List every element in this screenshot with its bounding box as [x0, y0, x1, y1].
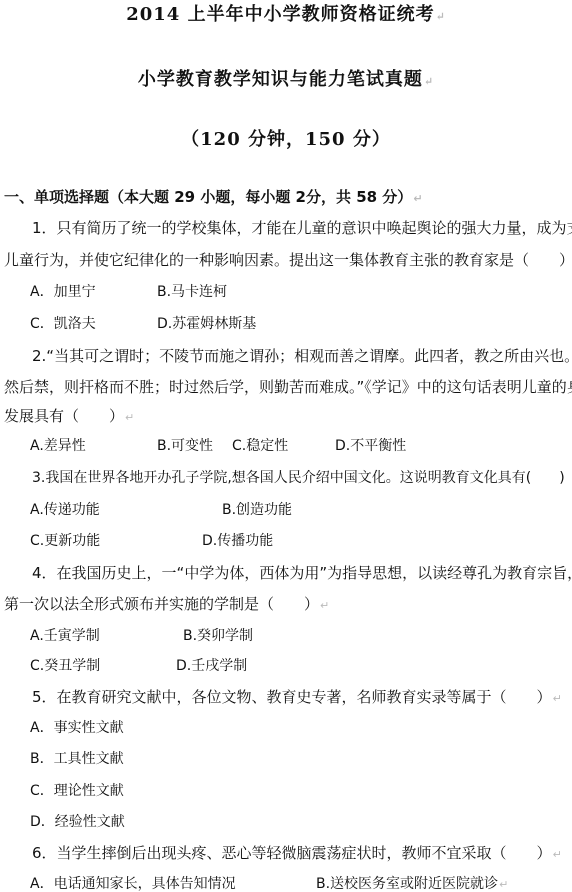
question-2-option-a: A.差异性	[30, 436, 86, 456]
question-2-option-d: D.不平衡性	[335, 436, 406, 456]
question-4-option-c: C.癸丑学制	[30, 656, 100, 676]
question-6-option-b: B.送校医务室或附近医院就诊↵	[316, 874, 508, 892]
question-6-line-1: 6．当学生摔倒后出现头疼、恶心等轻微脑震荡症状时，教师不宜采取（ ）↵	[32, 843, 562, 865]
question-3-option-b: B.创造功能	[222, 500, 292, 520]
question-1-line-2: 儿童行为，并使它纪律化的一种影响因素。提出这一集体教育主张的教育家是（ ）↵	[4, 250, 572, 272]
question-1-option-b: B.马卡连柯	[157, 282, 227, 302]
question-4-line-2: 第一次以法全形式颁布并实施的学制是（ ）↵	[4, 594, 329, 616]
question-5-option-b: B．工具性文献	[30, 749, 124, 769]
question-3-option-d: D.传播功能	[202, 531, 273, 551]
question-2-line-2: 然后禁，则扞格而不胜；时过然后学，则勤苦而难成。”《学记》中的这句话表明儿童的身…	[4, 377, 572, 397]
exam-subtitle: 小学教育教学知识与能力笔试真题↵	[0, 70, 572, 92]
question-4-option-d: D.壬戌学制	[176, 656, 247, 676]
question-1-option-c: C．凯洛夫	[30, 314, 96, 334]
question-2-line-1: 2.“当其可之谓时；不陵节而施之谓孙；相观而善之谓摩。此四者，教之所由兴也。发	[32, 346, 572, 366]
section-heading: 一、单项选择题（本大题 29 小题，每小题 2分，共 58 分）↵	[4, 187, 423, 209]
question-4-option-a: A.壬寅学制	[30, 626, 100, 646]
question-6-option-a: A．电话通知家长，具体告知情况	[30, 874, 236, 892]
question-2-option-b: B.可变性	[157, 436, 213, 456]
question-2-line-3: 发展具有（ ）↵	[4, 406, 134, 428]
question-3-option-c: C.更新功能	[30, 531, 100, 551]
question-4-line-1: 4．在我国历史上，一“中学为体，西体为用”为指导思想，以读经尊孔为教育宗旨，	[32, 563, 572, 583]
question-2-option-c: C.稳定性	[232, 436, 288, 456]
question-5-option-c: C．理论性文献	[30, 781, 124, 801]
question-1-option-a: A．加里宁	[30, 282, 96, 302]
question-5-option-d: D．经验性文献	[30, 812, 125, 832]
exam-title: 2014 上半年中小学教师资格证统考↵	[0, 5, 572, 27]
question-4-option-b: B.癸卯学制	[183, 626, 253, 646]
question-5-line-1: 5．在教育研究文献中，各位文物、教育史专著，名师教育实录等属于（ ）↵	[32, 687, 562, 709]
question-3-line-1: 3.我国在世界各地开办孔子学院,想各国人民介绍中国文化。这说明教育文化具有( )	[32, 468, 565, 488]
question-1-option-d: D.苏霍姆林斯基	[157, 314, 256, 334]
question-5-option-a: A．事实性文献	[30, 718, 124, 738]
exam-duration-score: （120 分钟，150 分）	[0, 130, 572, 150]
question-3-option-a: A.传递功能	[30, 500, 100, 520]
question-1-line-1: 1．只有简历了统一的学校集体，才能在儿童的意识中唤起舆论的强大力量，成为支配	[32, 218, 572, 238]
